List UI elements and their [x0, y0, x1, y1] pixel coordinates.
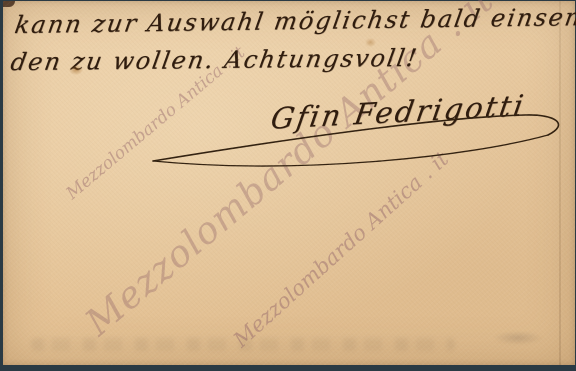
paper-smudge — [493, 331, 543, 345]
scan-corner-artifact — [3, 1, 15, 7]
scanned-postcard-image: Mezzolombardo Antica . it Mezzolombardo … — [0, 0, 576, 371]
show-through-smudge — [31, 338, 455, 351]
handwriting-line-2: den zu wollen. Achtungsvoll! — [9, 44, 421, 76]
signature: Gfin Fedrigotti — [268, 88, 528, 136]
handwriting-line-1: kann zur Auswahl möglichst bald einsen- — [13, 3, 576, 39]
watermark-medium: Mezzolombardo Antica . it — [229, 147, 453, 352]
postcard-paper: Mezzolombardo Antica . it Mezzolombardo … — [3, 1, 575, 365]
paper-crease — [559, 1, 561, 365]
